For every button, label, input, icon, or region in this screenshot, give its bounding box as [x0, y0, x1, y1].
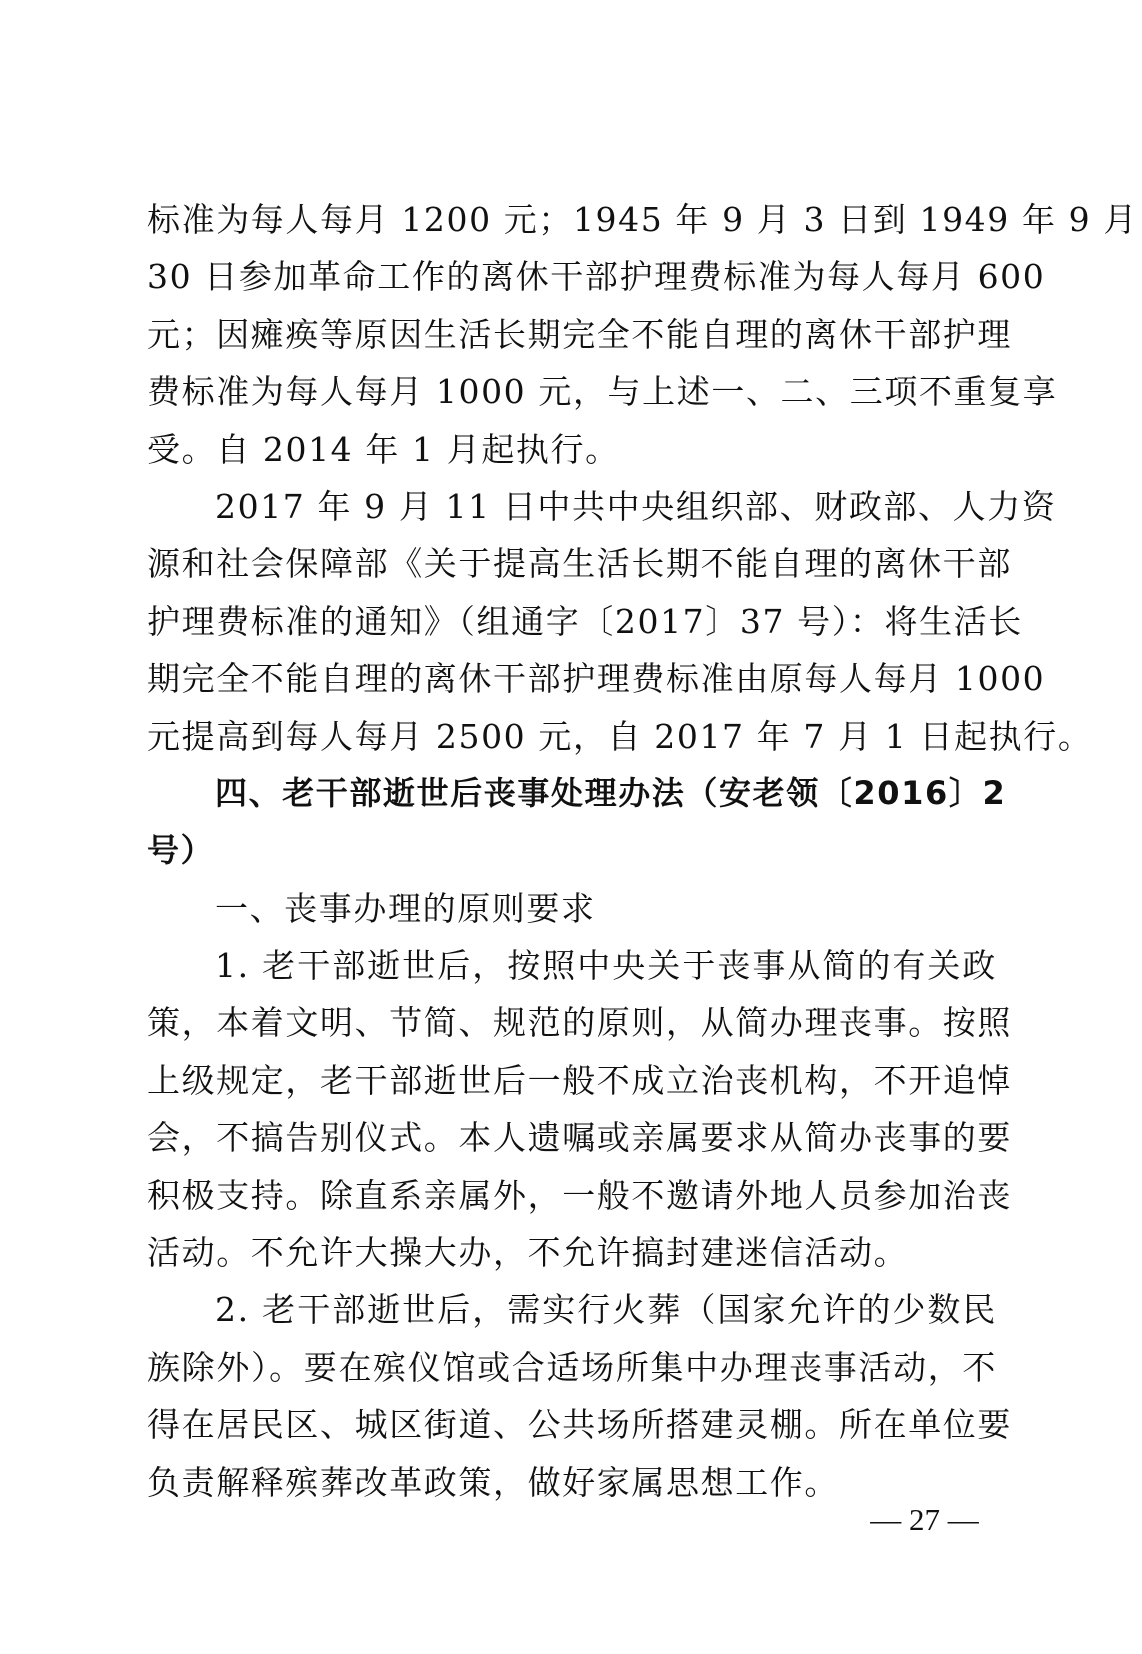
text-line: 护理费标准的通知》（组通字〔2017〕37 号）：将生活长	[147, 593, 997, 650]
text-line: 2. 老干部逝世后，需实行火葬（国家允许的少数民	[147, 1281, 997, 1338]
text-line: 元提高到每人每月 2500 元，自 2017 年 7 月 1 日起执行。	[147, 708, 997, 765]
text-line: 期完全不能自理的离休干部护理费标准由原每人每月 1000	[147, 650, 997, 707]
text-line: 族除外）。要在殡仪馆或合适场所集中办理丧事活动，不	[147, 1339, 997, 1396]
heading-line: 号）	[147, 822, 997, 879]
subheading-principles: 一、丧事办理的原则要求	[147, 880, 997, 937]
text-line: 元；因瘫痪等原因生活长期完全不能自理的离休干部护理	[147, 306, 997, 363]
text-line: 会，不搞告别仪式。本人遗嘱或亲属要求从简办丧事的要	[147, 1109, 997, 1166]
paragraph-2017-notice: 2017 年 9 月 11 日中共中央组织部、财政部、人力资 源和社会保障部《关…	[147, 478, 997, 765]
text-line: 30 日参加革命工作的离休干部护理费标准为每人每月 600	[147, 248, 997, 305]
document-page: 标准为每人每月 1200 元；1945 年 9 月 3 日到 1949 年 9 …	[0, 0, 1142, 1654]
page-number: — 27 —	[862, 1500, 987, 1540]
text-line: 受。自 2014 年 1 月起执行。	[147, 421, 997, 478]
text-line: 2017 年 9 月 11 日中共中央组织部、财政部、人力资	[147, 478, 997, 535]
heading-line: 四、老干部逝世后丧事处理办法（安老领〔2016〕2	[147, 765, 997, 822]
text-line: 1. 老干部逝世后，按照中央关于丧事从简的有关政	[147, 937, 997, 994]
paragraph-item-2: 2. 老干部逝世后，需实行火葬（国家允许的少数民 族除外）。要在殡仪馆或合适场所…	[147, 1281, 997, 1511]
text-line: 策，本着文明、节简、规范的原则，从简办理丧事。按照	[147, 994, 997, 1051]
paragraph-care-fee-standards: 标准为每人每月 1200 元；1945 年 9 月 3 日到 1949 年 9 …	[147, 191, 997, 478]
paragraph-item-1: 1. 老干部逝世后，按照中央关于丧事从简的有关政 策，本着文明、节简、规范的原则…	[147, 937, 997, 1281]
text-line: 源和社会保障部《关于提高生活长期不能自理的离休干部	[147, 535, 997, 592]
text-line: 活动。不允许大操大办，不允许搞封建迷信活动。	[147, 1224, 997, 1281]
text-line: 上级规定，老干部逝世后一般不成立治丧机构，不开追悼	[147, 1052, 997, 1109]
section-heading-funeral-handling: 四、老干部逝世后丧事处理办法（安老领〔2016〕2 号）	[147, 765, 997, 880]
text-line: 费标准为每人每月 1000 元，与上述一、二、三项不重复享	[147, 363, 997, 420]
page-body: 标准为每人每月 1200 元；1945 年 9 月 3 日到 1949 年 9 …	[147, 191, 997, 1511]
text-line: 标准为每人每月 1200 元；1945 年 9 月 3 日到 1949 年 9 …	[147, 191, 997, 248]
text-line: 得在居民区、城区街道、公共场所搭建灵棚。所在单位要	[147, 1396, 997, 1453]
text-line: 积极支持。除直系亲属外，一般不邀请外地人员参加治丧	[147, 1167, 997, 1224]
subheading-line: 一、丧事办理的原则要求	[147, 880, 997, 937]
